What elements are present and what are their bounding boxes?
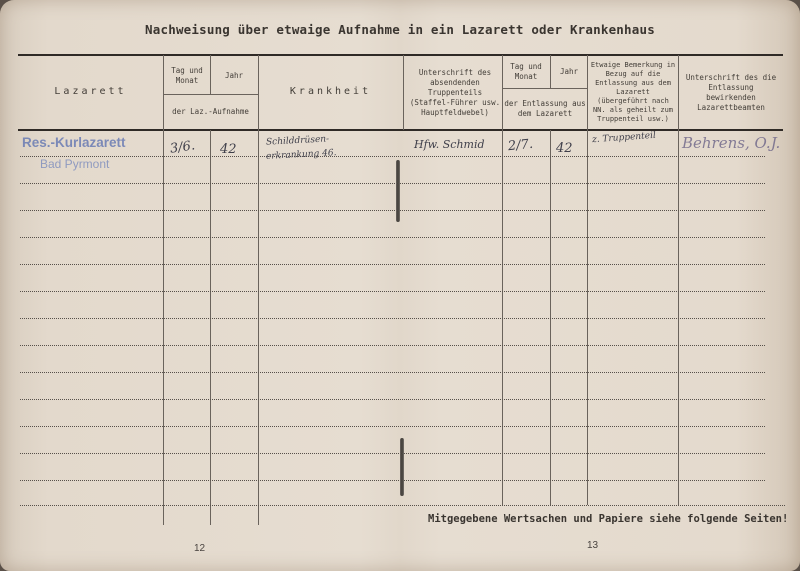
lazarett-stamp-line2: Bad Pyrmont xyxy=(40,157,109,171)
header-aufnahme-group: der Laz.-Aufnahme xyxy=(163,96,258,128)
row-line xyxy=(20,264,765,265)
header-entlassung-group: der Entlassung aus dem Lazarett xyxy=(503,89,587,129)
page-number-right: 13 xyxy=(587,540,598,551)
header-remark: Etwaige Bemerkung in Bezug auf die Entla… xyxy=(589,56,677,129)
booklet-spread: Nachweisung über etwaige Aufnahme in ein… xyxy=(0,0,800,571)
row-line xyxy=(20,291,765,292)
header-krankheit: Krankheit xyxy=(258,55,403,129)
header-entlassung-tag: Tag und Monat xyxy=(503,56,549,88)
row-line xyxy=(20,318,765,319)
footer-note: Mitgegebene Wertsachen und Papiere siehe… xyxy=(428,513,788,525)
page-number-left: 12 xyxy=(194,543,205,554)
row-line xyxy=(20,372,765,373)
staple-bottom xyxy=(400,438,404,496)
row-line xyxy=(20,237,765,238)
header-entlassung-jahr: Jahr xyxy=(551,56,587,88)
row-line xyxy=(20,210,765,211)
truppenteil-signature-value: Hfw. Schmid xyxy=(414,138,485,151)
col-divider xyxy=(678,55,679,505)
entlassung-jahr-value: 42 xyxy=(556,141,573,156)
row-line xyxy=(20,505,785,506)
row-line xyxy=(20,156,765,157)
official-signature-value: Behrens, O.J. xyxy=(682,134,780,152)
row-line xyxy=(20,399,765,400)
page-title: Nachweisung über etwaige Aufnahme in ein… xyxy=(0,22,800,37)
col-divider xyxy=(587,55,588,505)
aufnahme-jahr-value: 42 xyxy=(220,142,237,157)
row-line xyxy=(20,426,765,427)
header-aufnahme-jahr: Jahr xyxy=(211,58,257,93)
col-divider xyxy=(210,130,211,525)
row-line xyxy=(20,183,765,184)
header-official-signature: Unterschrift des die Entlassung bewirken… xyxy=(682,56,780,129)
col-divider xyxy=(403,55,404,130)
header-bottom-rule xyxy=(18,129,783,131)
aufnahme-tag-value: 3/6. xyxy=(169,138,196,156)
row-line xyxy=(20,345,765,346)
row-line xyxy=(20,453,765,454)
header-truppenteil-signature: Unterschrift des absendenden Truppenteil… xyxy=(405,56,505,129)
remark-value: z. Truppenteil xyxy=(592,131,656,145)
row-line xyxy=(20,480,765,481)
entlassung-tag-value: 2/7. xyxy=(507,137,533,155)
header-aufnahme-tag: Tag und Monat xyxy=(166,58,208,93)
krankheit-value-line2: erkrankung 46. xyxy=(266,148,337,162)
krankheit-value-line1: Schilddrüsen- xyxy=(266,134,330,147)
lazarett-stamp-line1: Res.-Kurlazarett xyxy=(22,135,126,150)
staple-top xyxy=(396,160,400,222)
header-lazarett: Lazarett xyxy=(18,55,163,129)
